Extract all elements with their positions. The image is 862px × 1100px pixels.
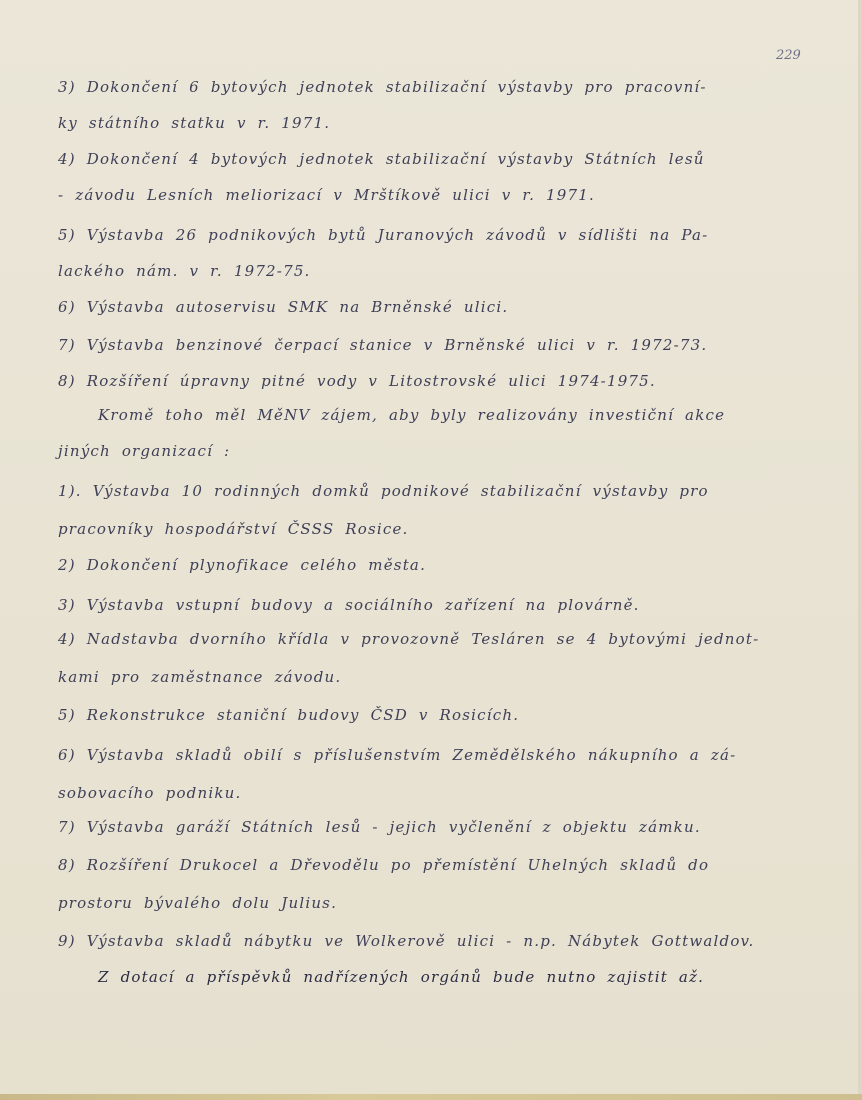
page-number: 229 <box>776 48 801 63</box>
text-line: 7) Výstavba benzinové čerpací stanice v … <box>58 336 707 354</box>
text-line: 5) Výstavba 26 podnikových bytů Juranový… <box>58 226 708 244</box>
text-line: 4) Nadstavba dvorního křídla v provozovn… <box>58 630 759 648</box>
text-line: lackého nám. v r. 1972-75. <box>58 262 311 280</box>
text-line: 7) Výstavba garáží Státních lesů - jejic… <box>58 818 701 836</box>
text-line: 1). Výstavba 10 rodinných domků podnikov… <box>58 482 709 500</box>
text-line: ky státního statku v r. 1971. <box>58 114 330 132</box>
text-line: 4) Dokončení 4 bytových jednotek stabili… <box>58 150 705 168</box>
text-line: 6) Výstavba skladů obilí s příslušenství… <box>58 746 736 764</box>
text-line: jiných organizací : <box>58 442 230 460</box>
paragraph-line: Z dotací a příspěvků nadřízených orgánů … <box>98 968 704 986</box>
text-line: 3) Dokončení 6 bytových jednotek stabili… <box>58 78 707 96</box>
text-line: 9) Výstavba skladů nábytku ve Wolkerově … <box>58 932 754 950</box>
paragraph-line: Kromě toho měl MěNV zájem, aby byly real… <box>98 406 725 424</box>
text-line: 8) Rozšíření úpravny pitné vody v Litost… <box>58 372 656 390</box>
text-line: 8) Rozšíření Drukocel a Dřevodělu po pře… <box>58 856 709 874</box>
handwritten-document-page: 229 3) Dokončení 6 bytových jednotek sta… <box>0 0 862 1100</box>
text-line: prostoru bývalého dolu Julius. <box>58 894 337 912</box>
text-line: pracovníky hospodářství ČSSS Rosice. <box>58 520 409 538</box>
text-line: 6) Výstavba autoservisu SMK na Brněnské … <box>58 298 508 316</box>
text-line: kami pro zaměstnance závodu. <box>58 668 341 686</box>
text-line: 3) Výstavba vstupní budovy a sociálního … <box>58 596 640 614</box>
text-line: - závodu Lesních meliorizací v Mrštíkově… <box>58 186 595 204</box>
text-line: 5) Rekonstrukce staniční budovy ČSD v Ro… <box>58 706 519 724</box>
text-line: sobovacího podniku. <box>58 784 241 802</box>
text-line: 2) Dokončení plynofikace celého města. <box>58 556 426 574</box>
